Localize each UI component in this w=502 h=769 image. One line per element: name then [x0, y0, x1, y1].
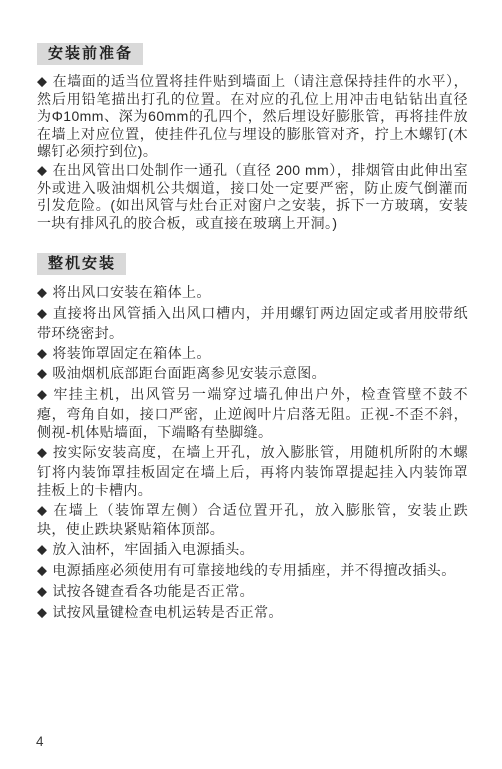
bullet-text: 按实际安装高度，在墙上开孔，放入膨胀管，用随机所附的木螺钉将内装饰罩挂板固定在墙…: [37, 444, 468, 498]
diamond-bullet-icon: ◆: [37, 501, 47, 519]
bullet-item: ◆吸油烟机底部距台面距离参见安装示意图。: [37, 364, 468, 383]
manual-page: 安装前准备 ◆在墙面的适当位置将挂件贴到墙面上（请注意保持挂件的水平），然后用铅…: [0, 0, 502, 769]
bullet-text: 直接将出风管插入出风口槽内，并用螺钉两边固定或者用胶带纸带环绕密封。: [37, 305, 468, 340]
bullet-text: 试按风量键检查电机运转是否正常。: [52, 604, 282, 620]
bullet-item: ◆在墙面的适当位置将挂件贴到墙面上（请注意保持挂件的水平），然后用铅笔描出打孔的…: [37, 73, 468, 161]
section-title: 安装前准备: [48, 45, 133, 62]
section-installation: 整机安装 ◆将出风口安装在箱体上。 ◆直接将出风管插入出风口槽内，并用螺钉两边固…: [37, 253, 468, 622]
bullet-item: ◆按实际安装高度，在墙上开孔，放入膨胀管，用随机所附的木螺钉将内装饰罩挂板固定在…: [37, 443, 468, 499]
page-number: 4: [36, 734, 44, 749]
bullet-text: 电源插座必须使用有可靠接地线的专用插座，并不得擅改插头。: [52, 562, 455, 578]
diamond-bullet-icon: ◆: [37, 603, 47, 621]
diamond-bullet-icon: ◆: [37, 161, 47, 179]
section-title: 整机安装: [48, 255, 116, 272]
bullet-item: ◆试按风量键检查电机运转是否正常。: [37, 603, 468, 622]
bullet-item: ◆电源插座必须使用有可靠接地线的专用插座，并不得擅改插头。: [37, 561, 468, 580]
diamond-bullet-icon: ◆: [37, 73, 47, 91]
diamond-bullet-icon: ◆: [37, 365, 47, 383]
bullet-text: 在墙面的适当位置将挂件贴到墙面上（请注意保持挂件的水平），然后用铅笔描出打孔的位…: [37, 73, 468, 159]
bullet-item: ◆直接将出风管插入出风口槽内，并用螺钉两边固定或者用胶带纸带环绕密封。: [37, 304, 468, 342]
bullet-text: 将装饰罩固定在箱体上。: [52, 345, 210, 361]
diamond-bullet-icon: ◆: [37, 444, 47, 462]
bullet-item: ◆牢挂主机，出风管另一端穿过墙孔伸出户外，检查管壁不鼓不瘪，弯角自如，接口严密，…: [37, 385, 468, 441]
bullet-text: 在出风管出口处制作一通孔（直径 200 mm），排烟管由此伸出室外或进入吸油烟机…: [37, 162, 468, 231]
section-title-badge: 安装前准备: [37, 43, 143, 65]
bullet-text: 放入油杯，牢固插入电源插头。: [52, 541, 254, 557]
bullet-text: 试按各键查看各功能是否正常。: [52, 583, 254, 599]
diamond-bullet-icon: ◆: [37, 305, 47, 323]
bullet-text: 将出风口安装在箱体上。: [52, 284, 210, 300]
bullet-item: ◆试按各键查看各功能是否正常。: [37, 582, 468, 601]
section-title-badge: 整机安装: [37, 253, 126, 275]
bullet-item: ◆放入油杯，牢固插入电源插头。: [37, 540, 468, 559]
diamond-bullet-icon: ◆: [37, 541, 47, 559]
bullet-item: ◆将出风口安装在箱体上。: [37, 283, 468, 302]
section-preparation: 安装前准备 ◆在墙面的适当位置将挂件贴到墙面上（请注意保持挂件的水平），然后用铅…: [37, 43, 468, 232]
diamond-bullet-icon: ◆: [37, 344, 47, 362]
diamond-bullet-icon: ◆: [37, 284, 47, 302]
diamond-bullet-icon: ◆: [37, 582, 47, 600]
diamond-bullet-icon: ◆: [37, 562, 47, 580]
bullet-item: ◆在出风管出口处制作一通孔（直径 200 mm），排烟管由此伸出室外或进入吸油烟…: [37, 162, 468, 232]
diamond-bullet-icon: ◆: [37, 386, 47, 404]
bullet-text: 在墙上（装饰罩左侧）合适位置开孔，放入膨胀管，安装止跌块，使止跌块紧贴箱体顶部。: [37, 502, 468, 537]
bullet-item: ◆将装饰罩固定在箱体上。: [37, 344, 468, 363]
bullet-text: 吸油烟机底部距台面距离参见安装示意图。: [52, 365, 326, 381]
bullet-item: ◆在墙上（装饰罩左侧）合适位置开孔，放入膨胀管，安装止跌块，使止跌块紧贴箱体顶部…: [37, 501, 468, 539]
bullet-text: 牢挂主机，出风管另一端穿过墙孔伸出户外，检查管壁不鼓不瘪，弯角自如，接口严密，止…: [37, 386, 468, 440]
